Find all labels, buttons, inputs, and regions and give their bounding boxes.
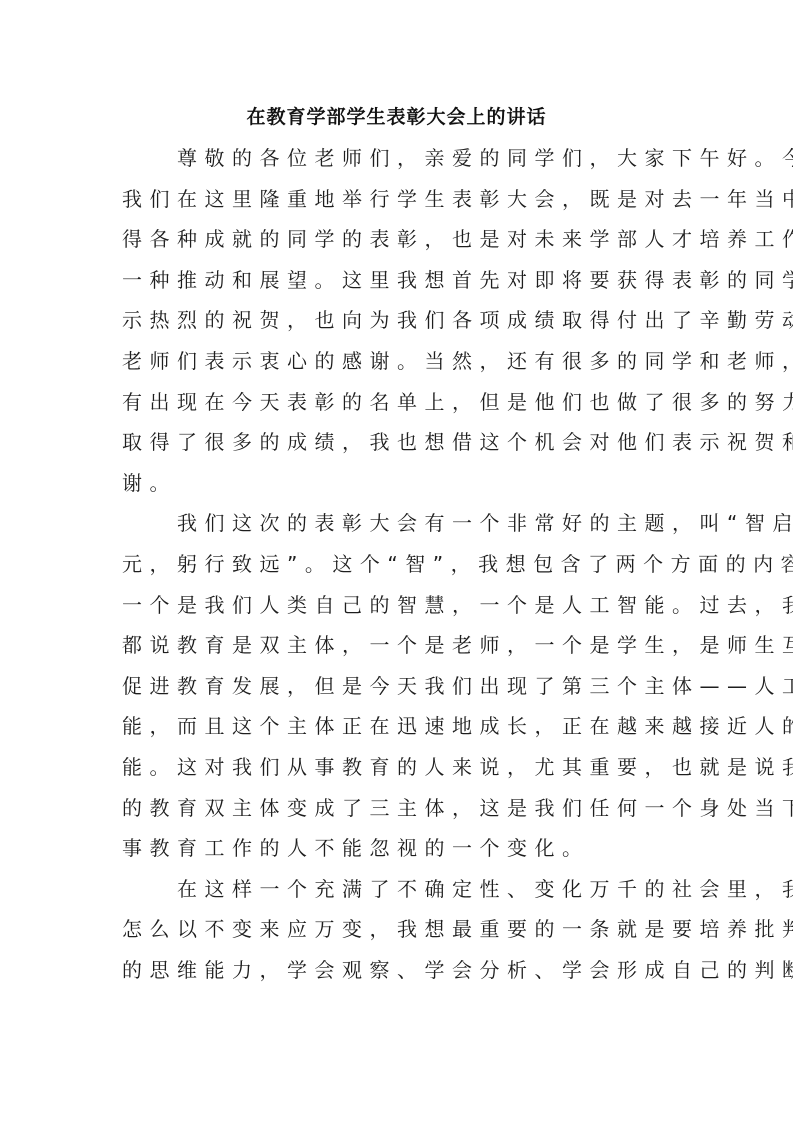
text-line: 我们这次的表彰大会有一个非常好的主题，叫“智启新	[122, 503, 682, 544]
text-line: 一种推动和展望。这里我想首先对即将要获得表彰的同学表	[122, 260, 682, 301]
text-line: 尊敬的各位老师们，亲爱的同学们，大家下午好。今天	[122, 138, 682, 179]
text-line: 一个是我们人类自己的智慧，一个是人工智能。过去，我们	[122, 585, 682, 626]
text-line: 得各种成就的同学的表彰，也是对未来学部人才培养工作的	[122, 219, 682, 260]
text-line: 元，躬行致远”。这个“智”，我想包含了两个方面的内容：	[122, 544, 682, 585]
text-line: 谢。	[122, 463, 682, 504]
text-line: 在这样一个充满了不确定性、变化万千的社会里，我们	[122, 869, 682, 910]
text-line: 能。这对我们从事教育的人来说，尤其重要，也就是说我们	[122, 747, 682, 788]
text-line: 我们在这里隆重地举行学生表彰大会，既是对去一年当中取	[122, 179, 682, 220]
text-line: 促进教育发展，但是今天我们出现了第三个主体——人工智	[122, 666, 682, 707]
text-line: 的思维能力，学会观察、学会分析、学会形成自己的判断。	[122, 950, 682, 991]
paragraph: 尊敬的各位老师们，亲爱的同学们，大家下午好。今天我们在这里隆重地举行学生表彰大会…	[122, 138, 682, 503]
text-line: 老师们表示衷心的感谢。当然，还有很多的同学和老师，没	[122, 341, 682, 382]
text-line: 怎么以不变来应万变，我想最重要的一条就是要培养批判性	[122, 909, 682, 950]
document-page: 在教育学部学生表彰大会上的讲话 尊敬的各位老师们，亲爱的同学们，大家下午好。今天…	[0, 0, 793, 1122]
text-line: 都说教育是双主体，一个是老师，一个是学生，是师生互动	[122, 625, 682, 666]
text-line: 有出现在今天表彰的名单上，但是他们也做了很多的努力，	[122, 382, 682, 423]
text-line: 的教育双主体变成了三主体，这是我们任何一个身处当下从	[122, 788, 682, 829]
paragraph: 在这样一个充满了不确定性、变化万千的社会里，我们怎么以不变来应万变，我想最重要的…	[122, 869, 682, 991]
text-line: 能，而且这个主体正在迅速地成长，正在越来越接近人的智	[122, 706, 682, 747]
text-line: 取得了很多的成绩，我也想借这个机会对他们表示祝贺和感	[122, 422, 682, 463]
document-body: 尊敬的各位老师们，亲爱的同学们，大家下午好。今天我们在这里隆重地举行学生表彰大会…	[122, 138, 682, 990]
document-title: 在教育学部学生表彰大会上的讲话	[0, 103, 793, 131]
text-line: 示热烈的祝贺，也向为我们各项成绩取得付出了辛勤劳动的	[122, 300, 682, 341]
paragraph: 我们这次的表彰大会有一个非常好的主题，叫“智启新元，躬行致远”。这个“智”，我想…	[122, 503, 682, 868]
text-line: 事教育工作的人不能忽视的一个变化。	[122, 828, 682, 869]
